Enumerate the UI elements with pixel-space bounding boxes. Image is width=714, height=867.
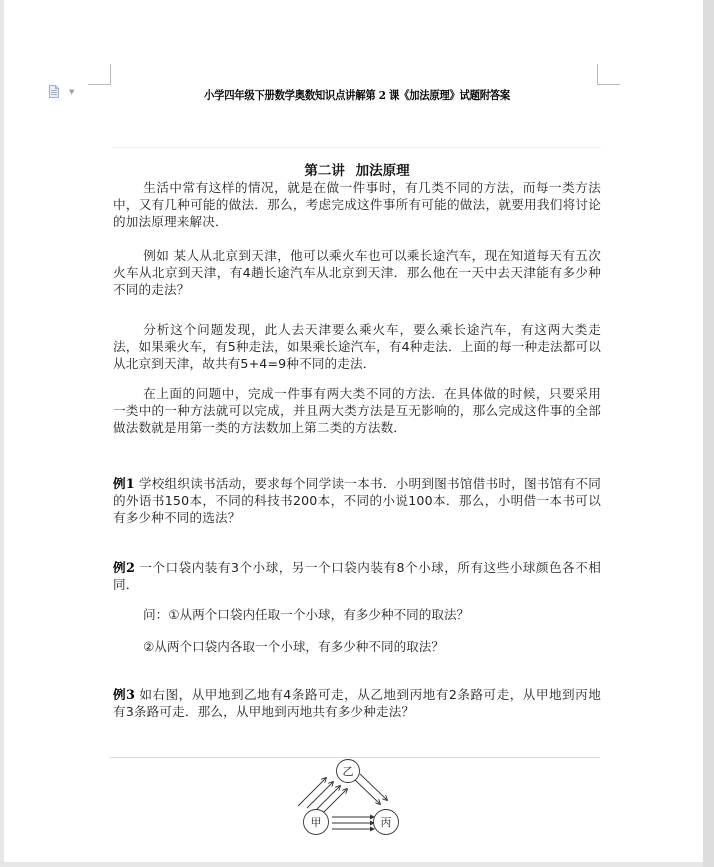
arrows-b-to-c: [354, 774, 387, 804]
paragraph-intro: 生活中常有这样的情况，就是在做一件事时，有几类不同的方法，而每一类方法中，又有几…: [113, 179, 601, 230]
node-c-label: 丙: [381, 816, 392, 829]
divider: [113, 147, 601, 148]
section-heading: 第二讲 加法原理: [0, 159, 714, 179]
paragraph-analysis: 分析这个问题发现，此人去天津要么乘火车，要么乘长途汽车，有这两大类走法，如果乘火…: [113, 321, 601, 372]
example-2-question-1: 问：①从两个口袋内任取一个小球，有多少种不同的取法？: [143, 606, 469, 623]
node-a-label: 甲: [311, 816, 322, 829]
arrows-a-to-b: [298, 778, 347, 813]
paragraph-example: 例如 某人从北京到天津，他可以乘火车也可以乘长途汽车，现在知道每天有五次火车从北…: [113, 247, 601, 298]
example-2-question-2: ②从两个口袋内各取一个小球，有多少种不同的取法？: [143, 638, 444, 655]
example-text: 一个口袋内装有3个小球，另一个口袋内装有8个小球，所有这些小球颜色各不相同．: [113, 560, 601, 592]
route-diagram: 乙 甲 丙: [290, 756, 410, 838]
example-2: 例2一个口袋内装有3个小球，另一个口袋内装有8个小球，所有这些小球颜色各不相同．: [113, 559, 601, 593]
node-c: 丙: [374, 810, 399, 835]
margin-corner-mark-top-right: [597, 64, 620, 85]
node-a: 甲: [304, 810, 329, 835]
example-label: 例3: [113, 687, 135, 702]
example-3: 例3如右图，从甲地到乙地有4条路可走，从乙地到丙地有2条路可走，从甲地到丙地有3…: [113, 686, 601, 720]
node-b-label: 乙: [343, 765, 354, 778]
example-label: 例1: [113, 476, 135, 491]
example-label: 例2: [113, 560, 135, 575]
paragraph-principle: 在上面的问题中，完成一件事有两大类不同的方法．在具体做的时候，只要采用一类中的一…: [113, 385, 601, 436]
document-header-title: 小学四年级下册数学奥数知识点讲解第 2 课《加法原理》试题附答案: [36, 87, 679, 103]
margin-corner-mark-top-left: [88, 64, 111, 85]
node-b: 乙: [337, 760, 360, 783]
example-text: 如右图，从甲地到乙地有4条路可走，从乙地到丙地有2条路可走，从甲地到丙地有3条路…: [113, 687, 601, 719]
vertical-scrollbar[interactable]: [703, 0, 714, 867]
arrows-a-to-c: [332, 817, 374, 829]
example-1: 例1学校组织读书活动，要求每个同学读一本书．小明到图书馆借书时，图书馆有不同的外…: [113, 475, 601, 526]
example-text: 学校组织读书活动，要求每个同学读一本书．小明到图书馆借书时，图书馆有不同的外语书…: [113, 476, 601, 525]
